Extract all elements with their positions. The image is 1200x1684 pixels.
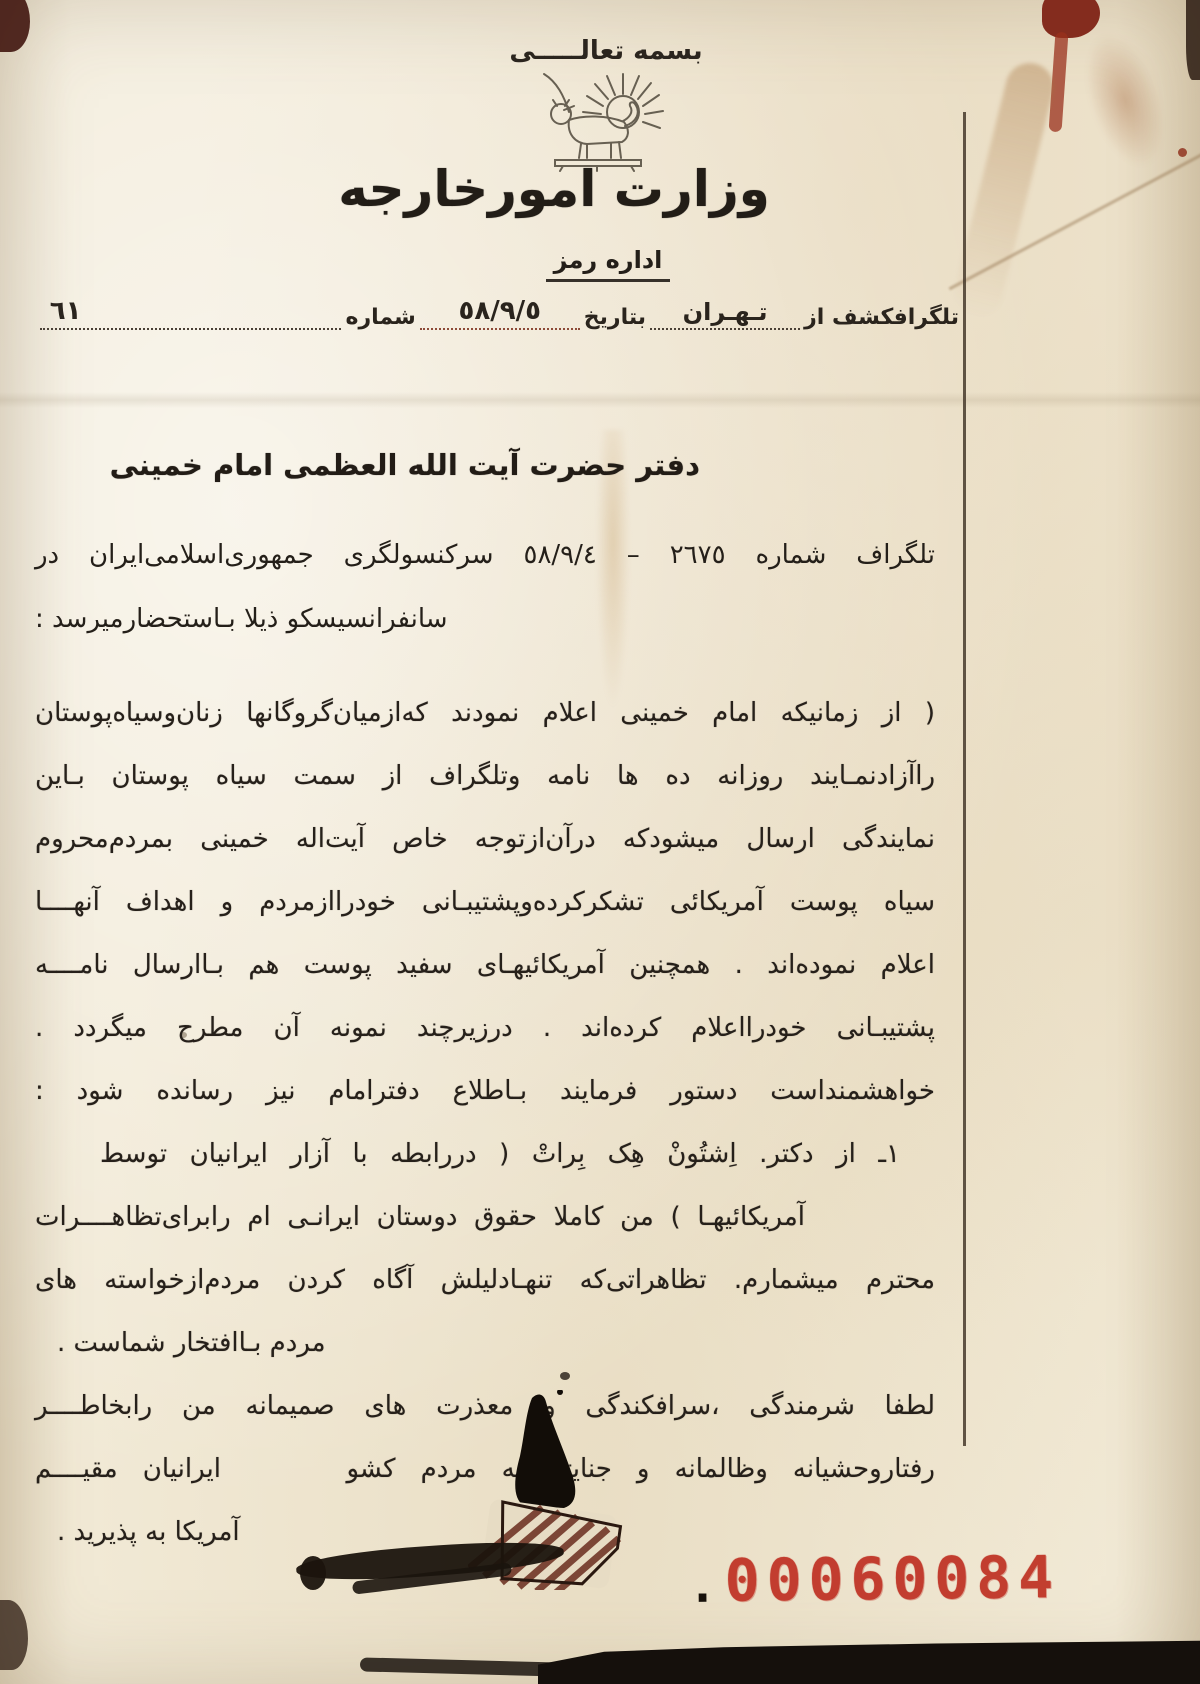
telegram-form-line: تلگرافکشف از تـهـران بتاریخ ٥٨/٩/٥ شماره… <box>58 296 963 330</box>
decoded-from-label: تلگرافکشف از <box>800 305 963 330</box>
body-line: پشتیبـانی خودرااعلام کرده‌اند . درزیرچند… <box>35 1013 935 1076</box>
intro-paragraph: تلگراف شماره ٢٦٧٥ – ٥٨/٩/٤ سرکنسولگری جم… <box>35 540 935 668</box>
right-margin-rule <box>963 112 966 1446</box>
intro-line: تلگراف شماره ٢٦٧٥ – ٥٨/٩/٤ سرکنسولگری جم… <box>35 540 935 604</box>
bottom-scan-shadow <box>538 1638 1200 1684</box>
bottom-left-ink-stain <box>0 1600 28 1670</box>
body-line: ( از زمانیکه امام خمینی اعلام نمودند که‌… <box>35 698 935 761</box>
serial-number-stamp: . 00060084 <box>694 1548 1061 1610</box>
date-field: ٥٨/٩/٥ <box>420 296 580 330</box>
red-speck <box>1178 148 1187 157</box>
stamp-number: 00060084 <box>724 1548 1060 1610</box>
number-field: ٦١ <box>40 296 342 330</box>
date-label: بتاریخ <box>580 305 650 330</box>
body-line: سیاه پوست آمریکائی تشکرکرده‌وپشتیبـانی خ… <box>35 887 935 950</box>
stamp-dot: . <box>694 1566 711 1610</box>
body-line: نمایندگی ارسال میشودکه درآن‌ازتوجه خاص آ… <box>35 824 935 887</box>
body-line: خواهشمنداست دستور فرمایند بـاطلاع دفترام… <box>35 1076 935 1139</box>
body-line: مردم بـاافتخار شماست . <box>35 1328 935 1391</box>
top-right-red-stain <box>1042 0 1100 38</box>
bismillah-text: بسمه تعالـــــی <box>6 36 1200 66</box>
body-line: محترم میشمارم. تظاهراتی‌که تنهـادلیلش آگ… <box>35 1265 935 1328</box>
addressee-line: دفتر حضرت آیت الله العظمی امام خمینی <box>35 448 935 482</box>
origin-field: تـهـران <box>650 298 800 330</box>
cipher-department-label: اداره رمز <box>546 246 671 282</box>
scanned-telegram-document: بسمه تعالـــــی وزارت ا <box>0 0 1200 1684</box>
bottom-edge-mark <box>360 1657 560 1676</box>
number-label: شماره <box>341 305 419 330</box>
intro-line: سانفرانسیسکو ذیلا بـاستحضارمیرسد : <box>35 604 935 668</box>
ministry-title: وزارت امورخارجه <box>0 160 1154 218</box>
body-line: ١ـ از دکتر. اِشتُونْ هِک بِراتْ ( دررابط… <box>35 1139 935 1202</box>
body-line: راآزادنمـایند روزانه ده ها نامه وتلگراف … <box>35 761 935 824</box>
cipher-department-title: اداره رمز <box>0 246 1200 282</box>
body-line: اعلام نموده‌اند . همچنین آمریکائیهـای سف… <box>35 950 935 1013</box>
black-scratch-mark <box>300 1556 326 1590</box>
horizontal-fold <box>0 392 1200 408</box>
body-line: آمریکائیهـا ) من کاملا حقوق دوستان ایران… <box>35 1202 935 1265</box>
